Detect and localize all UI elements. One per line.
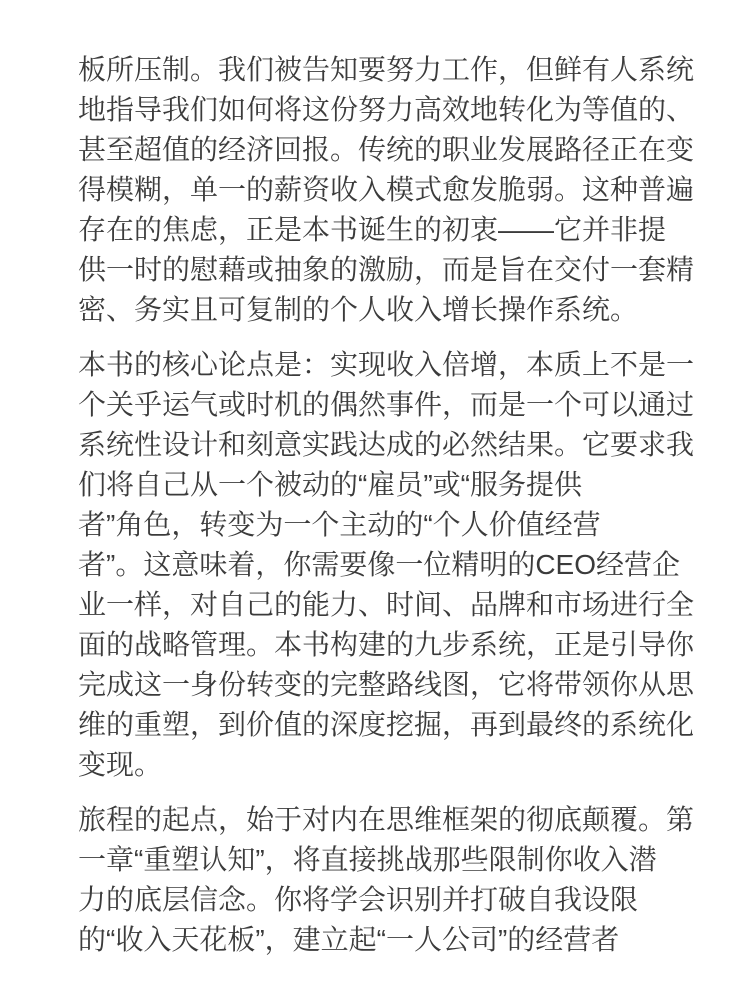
text-line: 完成这一身份转变的完整路线图，它将带领你从思 bbox=[78, 665, 694, 705]
text-line: 变现。 bbox=[78, 745, 694, 785]
text-line: 的“收入天花板”，建立起“一人公司”的经营者 bbox=[78, 920, 694, 960]
text-line: 密、务实且可复制的个人收入增长操作系统。 bbox=[78, 290, 694, 330]
text-line: 本书的核心论点是：实现收入倍增，本质上不是一 bbox=[78, 345, 694, 385]
text-line: 者”角色，转变为一个主动的“个人价值经营 bbox=[78, 505, 694, 545]
document-text: 板所压制。我们被告知要努力工作，但鲜有人系统地指导我们如何将这份努力高效地转化为… bbox=[78, 50, 694, 960]
text-line: 个关乎运气或时机的偶然事件，而是一个可以通过 bbox=[78, 385, 694, 425]
text-line: 系统性设计和刻意实践达成的必然结果。它要求我 bbox=[78, 425, 694, 465]
paragraph-3: 旅程的起点，始于对内在思维框架的彻底颠覆。第一章“重塑认知”，将直接挑战那些限制… bbox=[78, 800, 694, 960]
text-line: 们将自己从一个被动的“雇员”或“服务提供 bbox=[78, 465, 694, 505]
text-line: 得模糊，单一的薪资收入模式愈发脆弱。这种普遍 bbox=[78, 170, 694, 210]
text-line: 力的底层信念。你将学会识别并打破自我设限 bbox=[78, 880, 694, 920]
text-line: 地指导我们如何将这份努力高效地转化为等值的、 bbox=[78, 90, 694, 130]
text-line: 维的重塑，到价值的深度挖掘，再到最终的系统化 bbox=[78, 705, 694, 745]
text-line: 者”。这意味着，你需要像一位精明的CEO经营企 bbox=[78, 545, 694, 585]
text-line: 业一样，对自己的能力、时间、品牌和市场进行全 bbox=[78, 585, 694, 625]
document-page: 板所压制。我们被告知要努力工作，但鲜有人系统地指导我们如何将这份努力高效地转化为… bbox=[0, 0, 750, 1000]
paragraph-2: 本书的核心论点是：实现收入倍增，本质上不是一个关乎运气或时机的偶然事件，而是一个… bbox=[78, 345, 694, 785]
text-line: 面的战略管理。本书构建的九步系统，正是引导你 bbox=[78, 625, 694, 665]
text-line: 板所压制。我们被告知要努力工作，但鲜有人系统 bbox=[78, 50, 694, 90]
text-line: 甚至超值的经济回报。传统的职业发展路径正在变 bbox=[78, 130, 694, 170]
text-line: 存在的焦虑，正是本书诞生的初衷——它并非提 bbox=[78, 210, 694, 250]
text-line: 旅程的起点，始于对内在思维框架的彻底颠覆。第 bbox=[78, 800, 694, 840]
text-line: 供一时的慰藉或抽象的激励，而是旨在交付一套精 bbox=[78, 250, 694, 290]
paragraph-1: 板所压制。我们被告知要努力工作，但鲜有人系统地指导我们如何将这份努力高效地转化为… bbox=[78, 50, 694, 330]
text-line: 一章“重塑认知”，将直接挑战那些限制你收入潜 bbox=[78, 840, 694, 880]
